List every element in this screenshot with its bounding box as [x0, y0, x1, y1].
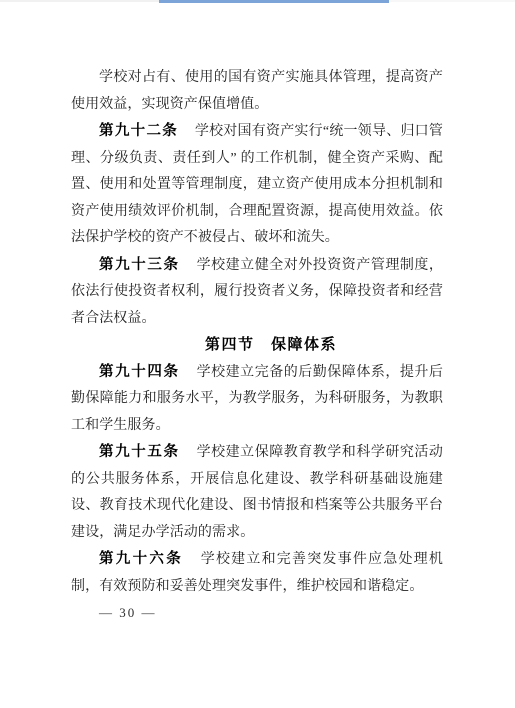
article-95-number: 第九十五条 [99, 444, 180, 460]
article-96-paragraph: 第九十六条 学校建立和完善突发事件应急处理机制，有效预防和妥善处理突发事件，维护… [71, 546, 443, 600]
top-strip-gray-segment [0, 0, 159, 2]
article-93-paragraph: 第九十三条 学校建立健全对外投资资产管理制度，依法行使投资者权利，履行投资者义务… [71, 252, 443, 333]
section-heading: 第四节 保障体系 [71, 332, 443, 359]
paragraph-text: 学校对占有、使用的国有资产实施具体管理，提高资产使用效益，实现资产保值增值。 [71, 70, 443, 112]
top-edge-strip [0, 0, 515, 3]
document-body: 学校对占有、使用的国有资产实施具体管理，提高资产使用效益，实现资产保值增值。 第… [71, 65, 443, 627]
top-strip-right-segment [389, 0, 515, 2]
article-94-number: 第九十四条 [99, 364, 180, 380]
article-94-paragraph: 第九十四条 学校建立完备的后勤保障体系，提升后勤保障能力和服务水平，为教学服务，… [71, 359, 443, 440]
article-92-text: 学校对国有资产实行“统一领导、归口管理、分级负责、责任到人” 的工作机制，健全资… [71, 124, 443, 245]
article-92-paragraph: 第九十二条 学校对国有资产实行“统一领导、归口管理、分级负责、责任到人” 的工作… [71, 118, 443, 252]
document-page: 学校对占有、使用的国有资产实施具体管理，提高资产使用效益，实现资产保值增值。 第… [0, 0, 515, 708]
paragraph-continuation: 学校对占有、使用的国有资产实施具体管理，提高资产使用效益，实现资产保值增值。 [71, 65, 443, 118]
article-93-number: 第九十三条 [99, 257, 180, 273]
article-96-number: 第九十六条 [99, 551, 183, 567]
article-92-number: 第九十二条 [99, 123, 178, 139]
article-95-paragraph: 第九十五条 学校建立保障教育教学和科学研究活动的公共服务体系，开展信息化建设、教… [71, 439, 443, 546]
top-edge-blue-bar [159, 0, 389, 3]
page-number: — 30 — [71, 600, 443, 627]
